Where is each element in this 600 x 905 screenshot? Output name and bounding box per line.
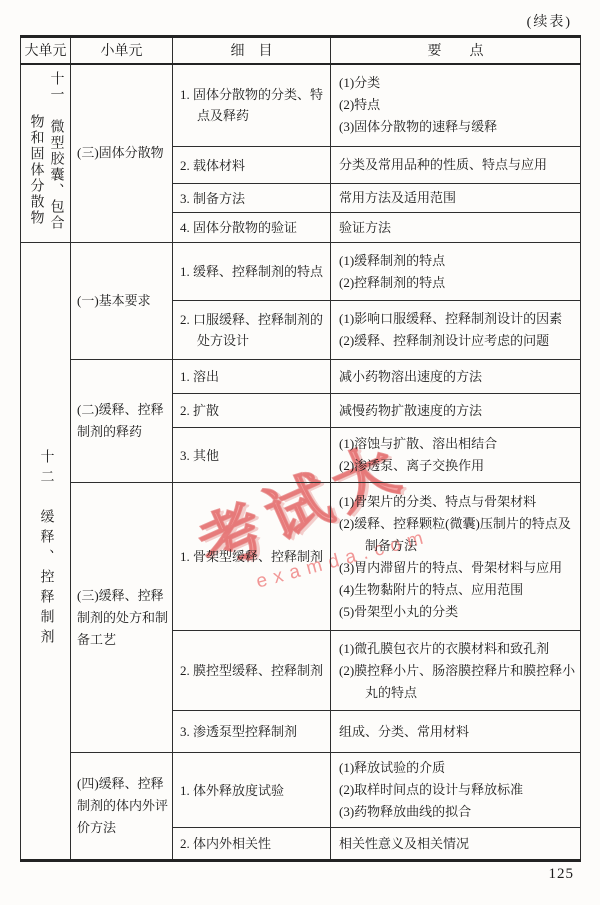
- point-line: (1)骨架片的分类、特点与骨架材料: [339, 491, 578, 513]
- table-header-row: 大单元 小单元 细 目 要 点: [21, 37, 581, 64]
- detail-text: 2. 扩散: [180, 400, 327, 421]
- points-cell: 组成、分类、常用材料: [331, 711, 581, 753]
- major-unit-cell-12: 十二 缓释、控释制剂: [21, 243, 71, 861]
- detail-text: 3. 渗透泵型控释制剂: [180, 721, 327, 742]
- detail-cell: 1. 缓释、控释制剂的特点: [173, 243, 331, 301]
- scanned-document-page: (续表) 考试大 examda.com 大单元 小单元 细 目 要 点 十一 微…: [0, 0, 600, 905]
- detail-cell: 3. 渗透泵型控释制剂: [173, 711, 331, 753]
- sub-unit-label: (三)缓释、控释制剂的处方和制备工艺: [77, 588, 168, 647]
- detail-cell: 2. 口服缓释、控释制剂的处方设计: [173, 301, 331, 360]
- points-cell: (1)缓释制剂的特点 (2)控释制剂的特点: [331, 243, 581, 301]
- sub-unit-label: (一)基本要求: [77, 293, 151, 308]
- column-header-sub-unit: 小单元: [71, 37, 173, 64]
- detail-cell: 3. 制备方法: [173, 184, 331, 213]
- detail-cell: 1. 体外释放度试验: [173, 753, 331, 828]
- points-cell: (1)影响口服缓释、控释制剂设计的因素 (2)缓释、控释制剂设计应考虑的问题: [331, 301, 581, 360]
- point-line: 验证方法: [339, 217, 578, 239]
- column-header-detail: 细 目: [173, 37, 331, 64]
- point-line: (2)取样时间点的设计与释放标准: [339, 779, 578, 801]
- detail-text: 2. 体内外相关性: [180, 833, 327, 854]
- point-line: (4)生物黏附片的特点、应用范围: [339, 579, 578, 601]
- point-line: (2)特点: [339, 94, 578, 116]
- point-line: (1)溶蚀与扩散、溶出相结合: [339, 433, 578, 455]
- points-cell: 分类及常用品种的性质、特点与应用: [331, 147, 581, 184]
- detail-text: 1. 骨架型缓释、控释制剂: [180, 546, 327, 567]
- sub-unit-label: (二)缓释、控释制剂的释药: [77, 402, 164, 439]
- detail-text: 1. 溶出: [180, 366, 327, 387]
- sub-unit-cell: (三)缓释、控释制剂的处方和制备工艺: [71, 483, 173, 753]
- point-line: 常用方法及适用范围: [339, 187, 578, 209]
- detail-text: 4. 固体分散物的验证: [180, 217, 327, 238]
- table-row: (四)缓释、控释制剂的体内外评价方法 1. 体外释放度试验 (1)释放试验的介质…: [21, 753, 581, 828]
- point-line: (3)药物释放曲线的拟合: [339, 801, 578, 823]
- point-line: (1)缓释制剂的特点: [339, 250, 578, 272]
- continued-table-note: (续表): [527, 11, 572, 31]
- detail-text: 3. 制备方法: [180, 188, 327, 209]
- detail-cell: 4. 固体分散物的验证: [173, 213, 331, 243]
- point-line: (2)渗透泵、离子交换作用: [339, 455, 578, 477]
- points-cell: (1)分类 (2)特点 (3)固体分散物的速释与缓释: [331, 64, 581, 147]
- detail-text: 2. 膜控型缓释、控释制剂: [180, 660, 327, 681]
- detail-cell: 2. 扩散: [173, 394, 331, 428]
- points-cell: (1)微孔膜包衣片的衣膜材料和致孔剂 (2)膜控释小片、肠溶膜控释片和膜控释小丸…: [331, 631, 581, 711]
- major-unit-vertical-text: 十二 缓释、控释制剂: [36, 449, 56, 649]
- detail-cell: 3. 其他: [173, 428, 331, 483]
- point-line: 减慢药物扩散速度的方法: [339, 400, 578, 422]
- detail-text: 2. 载体材料: [180, 155, 327, 176]
- points-cell: (1)溶蚀与扩散、溶出相结合 (2)渗透泵、离子交换作用: [331, 428, 581, 483]
- column-header-points: 要 点: [331, 37, 581, 64]
- points-cell: (1)骨架片的分类、特点与骨架材料 (2)缓释、控释颗粒(微囊)压制片的特点及制…: [331, 483, 581, 631]
- point-line: 组成、分类、常用材料: [339, 721, 578, 743]
- points-cell: 验证方法: [331, 213, 581, 243]
- point-line: (2)缓释、控释制剂设计应考虑的问题: [339, 330, 578, 352]
- point-line: (3)固体分散物的速释与缓释: [339, 116, 578, 138]
- point-line: 分类及常用品种的性质、特点与应用: [339, 154, 578, 176]
- point-line: 减小药物溶出速度的方法: [339, 366, 578, 388]
- table-row: (三)缓释、控释制剂的处方和制备工艺 1. 骨架型缓释、控释制剂 (1)骨架片的…: [21, 483, 581, 631]
- detail-text: 3. 其他: [180, 445, 327, 466]
- point-line: (1)影响口服缓释、控释制剂设计的因素: [339, 308, 578, 330]
- point-line: (2)控释制剂的特点: [339, 272, 578, 294]
- detail-cell: 1. 固体分散物的分类、特点及释药: [173, 64, 331, 147]
- points-cell: (1)释放试验的介质 (2)取样时间点的设计与释放标准 (3)药物释放曲线的拟合: [331, 753, 581, 828]
- point-line: (1)释放试验的介质: [339, 757, 578, 779]
- sub-unit-cell: (一)基本要求: [71, 243, 173, 360]
- points-cell: 减慢药物扩散速度的方法: [331, 394, 581, 428]
- detail-text: 1. 体外释放度试验: [180, 780, 327, 801]
- sub-unit-label: (四)缓释、控释制剂的体内外评价方法: [77, 776, 168, 835]
- point-line: (1)微孔膜包衣片的衣膜材料和致孔剂: [339, 638, 578, 660]
- detail-text: 1. 缓释、控释制剂的特点: [180, 261, 327, 282]
- table-row: (二)缓释、控释制剂的释药 1. 溶出 减小药物溶出速度的方法: [21, 360, 581, 394]
- table-row: 十二 缓释、控释制剂 (一)基本要求 1. 缓释、控释制剂的特点 (1)缓释制剂…: [21, 243, 581, 301]
- column-header-major-unit: 大单元: [21, 37, 71, 64]
- major-unit-line: 十二 缓释、控释制剂: [36, 449, 56, 649]
- point-line: (1)分类: [339, 72, 578, 94]
- detail-cell: 1. 溶出: [173, 360, 331, 394]
- page-number: 125: [549, 866, 575, 883]
- points-cell: 相关性意义及相关情况: [331, 828, 581, 861]
- major-unit-line: 十一 微型胶囊、包合: [46, 71, 66, 231]
- point-line: (3)胃内滞留片的特点、骨架材料与应用: [339, 557, 578, 579]
- detail-text: 1. 固体分散物的分类、特点及释药: [180, 84, 327, 126]
- major-unit-line: 物和固体分散物: [26, 109, 46, 231]
- detail-cell: 2. 膜控型缓释、控释制剂: [173, 631, 331, 711]
- point-line: 相关性意义及相关情况: [339, 833, 578, 855]
- sub-unit-cell: (三)固体分散物: [71, 64, 173, 243]
- points-cell: 常用方法及适用范围: [331, 184, 581, 213]
- sub-unit-cell: (二)缓释、控释制剂的释药: [71, 360, 173, 483]
- detail-text: 2. 口服缓释、控释制剂的处方设计: [180, 309, 327, 351]
- sub-unit-label: (三)固体分散物: [77, 145, 164, 160]
- points-cell: 减小药物溶出速度的方法: [331, 360, 581, 394]
- sub-unit-cell: (四)缓释、控释制剂的体内外评价方法: [71, 753, 173, 861]
- detail-cell: 2. 载体材料: [173, 147, 331, 184]
- major-unit-cell-11: 十一 微型胶囊、包合 物和固体分散物: [21, 64, 71, 243]
- detail-cell: 2. 体内外相关性: [173, 828, 331, 861]
- point-line: (2)缓释、控释颗粒(微囊)压制片的特点及制备方法: [339, 513, 578, 557]
- detail-cell: 1. 骨架型缓释、控释制剂: [173, 483, 331, 631]
- point-line: (5)骨架型小丸的分类: [339, 601, 578, 623]
- point-line: (2)膜控释小片、肠溶膜控释片和膜控释小丸的特点: [339, 660, 578, 704]
- syllabus-table: 大单元 小单元 细 目 要 点 十一 微型胶囊、包合 物和固体分散物 (三)固体…: [20, 35, 581, 862]
- major-unit-vertical-text: 十一 微型胶囊、包合 物和固体分散物: [26, 71, 66, 231]
- table-row: 十一 微型胶囊、包合 物和固体分散物 (三)固体分散物 1. 固体分散物的分类、…: [21, 64, 581, 147]
